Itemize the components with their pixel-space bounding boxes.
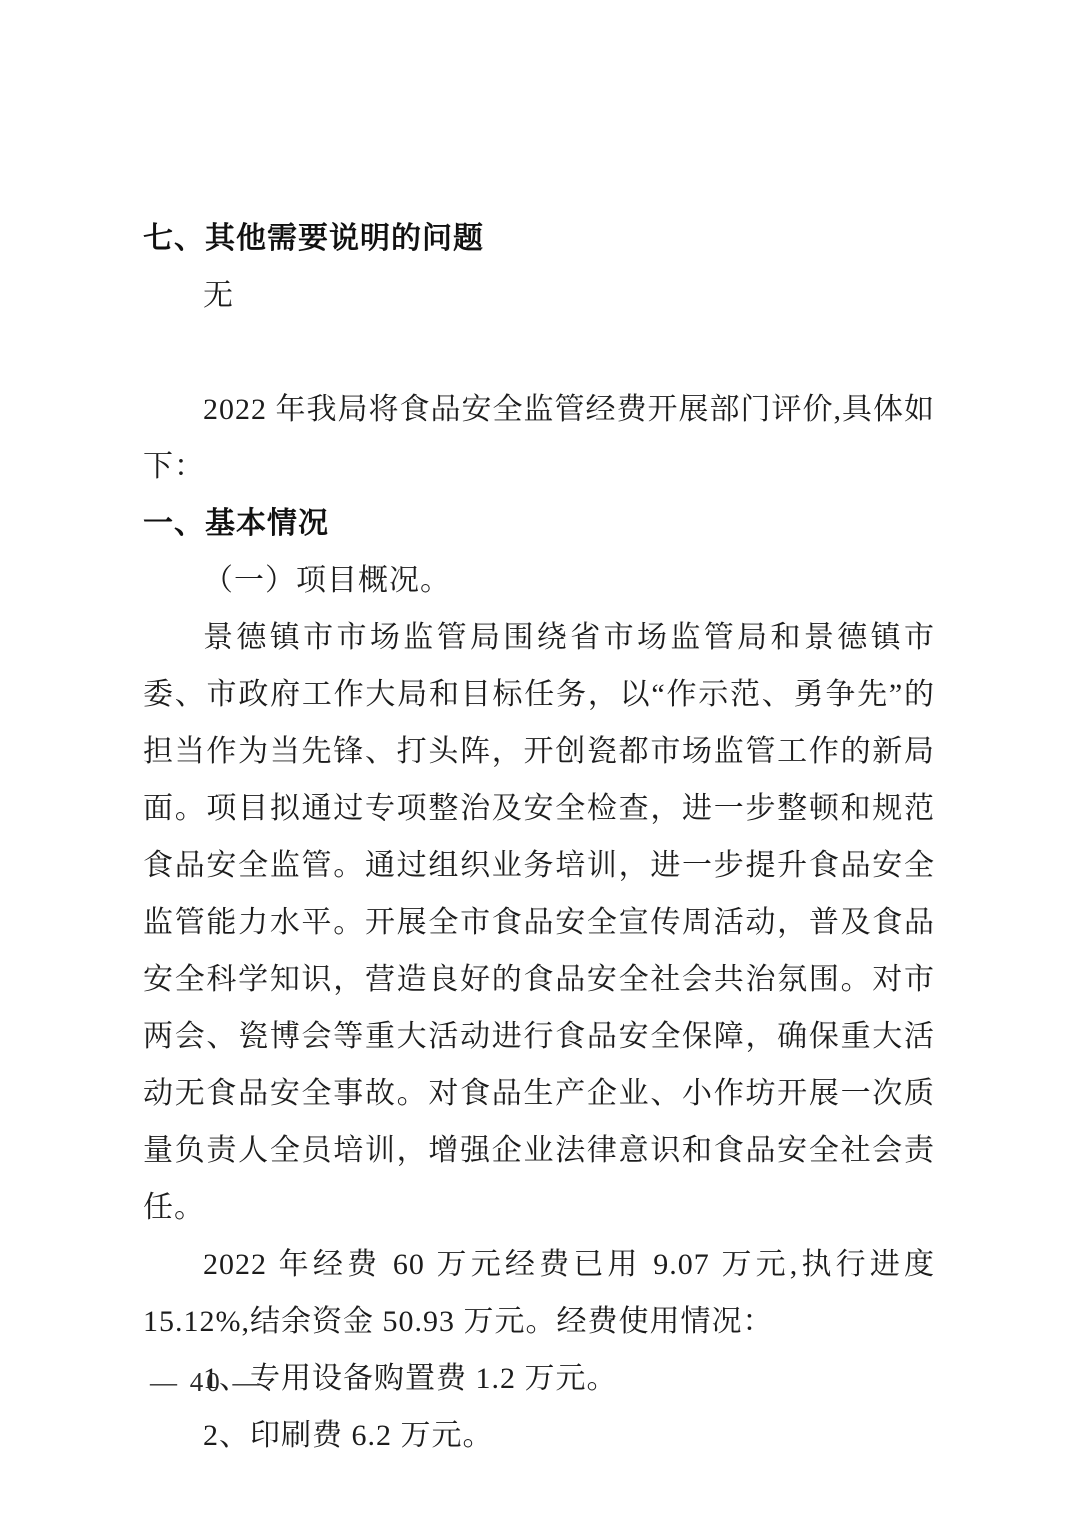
page-number: — 40 — bbox=[150, 1362, 263, 1402]
section-heading-other-issues: 七、其他需要说明的问题 bbox=[143, 210, 935, 267]
document-content: 七、其他需要说明的问题 无 2022 年我局将食品安全监管经费开展部门评价,具体… bbox=[143, 210, 935, 1464]
list-item-expense-2: 2、印刷费 6.2 万元。 bbox=[143, 1407, 935, 1464]
paragraph-intro: 2022 年我局将食品安全监管经费开展部门评价,具体如下： bbox=[143, 381, 935, 495]
paragraph-project-overview: 景德镇市市场监管局围绕省市场监管局和景德镇市委、市政府工作大局和目标任务，以“作… bbox=[143, 609, 935, 1236]
subheading-project-overview: （一）项目概况。 bbox=[143, 552, 935, 609]
section-heading-basic-situation: 一、基本情况 bbox=[143, 495, 935, 552]
paragraph-none: 无 bbox=[143, 267, 935, 324]
paragraph-funds-usage: 2022 年经费 60 万元经费已用 9.07 万元,执行进度 15.12%,结… bbox=[143, 1236, 935, 1350]
document-page: 七、其他需要说明的问题 无 2022 年我局将食品安全监管经费开展部门评价,具体… bbox=[0, 0, 1074, 1520]
